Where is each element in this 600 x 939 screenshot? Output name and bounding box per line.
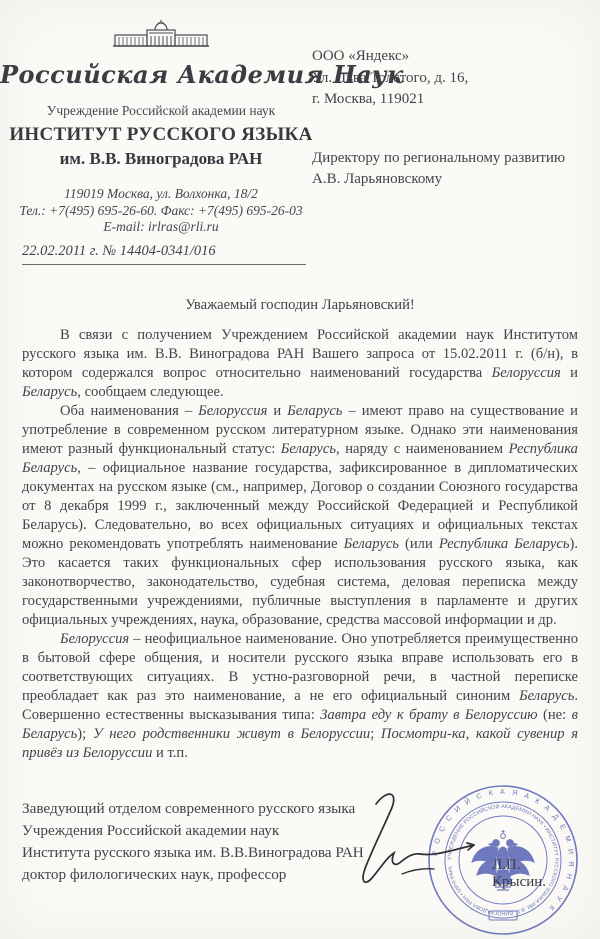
signature-block: Заведующий отделом современного русского…	[22, 798, 578, 939]
recipient-street: Ул. Льва Толстого, д. 16,	[312, 68, 565, 90]
letter-body: Уважаемый господин Ларьяновский! В связи…	[22, 296, 578, 763]
institute-contacts: 119019 Москва, ул. Волхонка, 18/2 Тел.: …	[0, 186, 322, 236]
recipient-block: ООО «Яндекс» Ул. Льва Толстого, д. 16, г…	[312, 46, 565, 191]
institute-name: ИНСТИТУТ РУССКОГО ЯЗЫКА	[0, 124, 322, 146]
institute-address: 119019 Москва, ул. Волхонка, 18/2	[0, 186, 322, 203]
institute-phone-fax: Тел.: +7(495) 695-26-60. Факс: +7(495) 6…	[0, 203, 322, 220]
recipient-position: Директору по региональному развитию	[312, 148, 565, 170]
letterhead: Российская Академия Наук Учреждение Росс…	[0, 18, 322, 236]
body-paragraph: Оба наименования – Белоруссия и Беларусь…	[22, 402, 578, 630]
salutation: Уважаемый господин Ларьяновский!	[22, 296, 578, 315]
ref-date-line: 22.02.2011 г. № 14404-0341/016	[22, 243, 306, 265]
academy-script-title: Российская Академия Наук	[0, 60, 322, 89]
institute-sub-name: им. В.В. Виноградова РАН	[0, 149, 322, 169]
recipient-name: А.В. Ларьяновскому	[312, 169, 565, 191]
institute-email: E-mail: irlras@rli.ru	[0, 219, 322, 236]
scanned-letter-page: Российская Академия Наук Учреждение Росс…	[0, 0, 600, 939]
ras-building-icon	[103, 18, 219, 58]
signer-name: Л.П. Крысин.	[492, 857, 578, 891]
body-paragraph: В связи с получением Учреждением Российс…	[22, 326, 578, 402]
recipient-city: г. Москва, 119021	[312, 89, 565, 111]
org-type-line: Учреждение Российской академии наук	[0, 103, 322, 119]
body-paragraph: Белоруссия – неофициальное наименование.…	[22, 630, 578, 763]
recipient-company: ООО «Яндекс»	[312, 46, 565, 68]
handwritten-signature	[342, 790, 492, 902]
